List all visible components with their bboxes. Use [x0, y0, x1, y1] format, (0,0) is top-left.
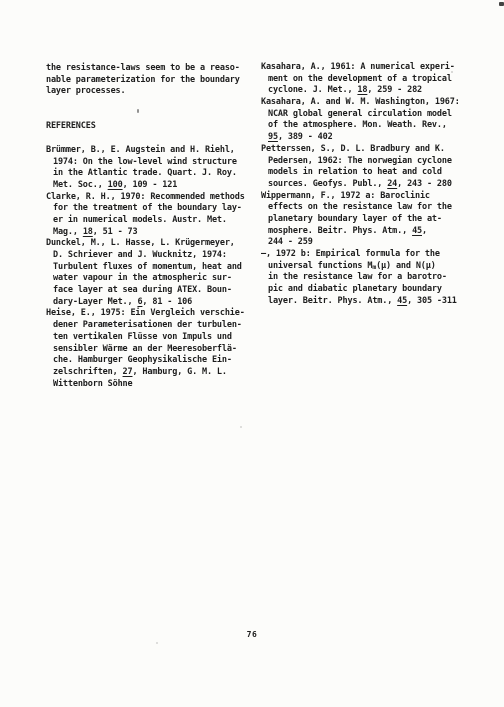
text-line: NCAR global general circulation model	[261, 109, 481, 121]
text-segment: ten vertikalen Flüsse von Impuls und	[53, 332, 232, 342]
text-line: mosphere. Beitr. Phys. Atm., 45,	[261, 226, 481, 238]
text-segment: 244 - 259	[268, 237, 313, 247]
text-segment: mosphere. Beitr. Phys. Atm.,	[268, 226, 412, 236]
text-line: Mag., 18, 51 - 73	[46, 227, 261, 239]
text-segment: —, 1972 b: Empirical formula for the	[261, 249, 440, 259]
text-segment: Heise, E., 1975: Ein Vergleich verschie-	[46, 308, 245, 318]
scan-speck	[156, 642, 158, 644]
text-line: zelschriften, 27, Hamburg, G. M. L.	[46, 367, 261, 379]
text-segment: , 109 - 121	[123, 180, 178, 190]
volume-number: 100	[108, 180, 123, 190]
text-line: dary-Layer Met., 6, 81 - 106	[46, 297, 261, 309]
text-line: Kasahara, A., 1961: A numerical experi-	[261, 62, 481, 74]
text-line: 1974: On the low-level wind structure	[46, 157, 261, 169]
text-line: Met. Soc., 100, 109 - 121	[46, 180, 261, 192]
text-segment: , 81 - 106	[142, 297, 192, 307]
text-line: planetary boundary layer of the at-	[261, 214, 481, 226]
volume-number: 45	[412, 226, 422, 236]
volume-number: 18	[83, 227, 93, 237]
reference-entry: Dunckel, M., L. Hasse, L. Krügermeyer,D.…	[46, 238, 261, 308]
text-segment: Brümmer, B., E. Augstein and H. Riehl,	[46, 145, 235, 155]
text-line: cyclone. J. Met., 18, 259 - 282	[261, 85, 481, 97]
text-line: in the resistance law for a barotro-	[261, 272, 481, 284]
text-segment: layer. Beitr. Phys. Atm.,	[268, 296, 397, 306]
text-line: in the Atlantic trade. Quart. J. Roy.	[46, 168, 261, 180]
text-segment: Wippermann, F., 1972 a: Baroclinic	[261, 191, 430, 201]
reference-entry: Clarke, R. H., 1970: Recommended methods…	[46, 192, 261, 239]
volume-number: 24	[387, 179, 397, 189]
text-line: Kasahara, A. and W. M. Washington, 1967:	[261, 97, 481, 109]
text-segment: dary-Layer Met.,	[53, 297, 137, 307]
text-line: dener Parameterisationen der turbulen-	[46, 320, 261, 332]
text-segment: models in relation to heat and cold	[268, 167, 442, 177]
text-segment: in the resistance law for a barotro-	[268, 272, 447, 282]
text-segment: Turbulent fluxes of momentum, heat and	[53, 262, 242, 272]
text-segment: Dunckel, M., L. Hasse, L. Krügermeyer,	[46, 238, 235, 248]
text-line: er in numerical models. Austr. Met.	[46, 215, 261, 227]
text-segment: Wittenborn Söhne	[53, 379, 132, 389]
text-segment: nable parameterization for the boundary	[46, 75, 240, 85]
references-heading: REFERENCES	[46, 121, 261, 133]
subscript: m	[372, 263, 376, 271]
text-line: 95, 389 - 402	[261, 132, 481, 144]
text-line: for the treatment of the boundary lay-	[46, 203, 261, 215]
text-segment: , Hamburg, G. M. L.	[132, 367, 226, 377]
volume-number: 95	[268, 132, 278, 142]
scan-speck	[499, 2, 504, 6]
text-segment: sources. Geofys. Publ.,	[268, 179, 387, 189]
text-line: Brümmer, B., E. Augstein and H. Riehl,	[46, 145, 261, 157]
text-segment: universal functions M	[268, 261, 372, 271]
text-segment: dener Parameterisationen der turbulen-	[53, 320, 242, 330]
text-line: universal functions Mm(μ) and N(μ)	[261, 261, 481, 273]
reference-list-left: Brümmer, B., E. Augstein and H. Riehl,19…	[46, 145, 261, 390]
text-segment: Kasahara, A. and W. M. Washington, 1967:	[261, 97, 460, 107]
text-segment: ,	[422, 226, 427, 236]
reference-entry: Brümmer, B., E. Augstein and H. Riehl,19…	[46, 145, 261, 192]
text-segment: layer processes.	[46, 86, 125, 96]
text-segment: Petterssen, S., D. L. Bradbury and K.	[261, 144, 445, 154]
reference-entry: Heise, E., 1975: Ein Vergleich verschie-…	[46, 308, 261, 390]
text-segment: D. Schriever and J. Wucknitz, 1974:	[53, 250, 227, 260]
text-segment: pic and diabatic planetary boundary	[268, 284, 442, 294]
text-line: 244 - 259	[261, 237, 481, 249]
text-segment: (μ) and N(μ)	[376, 261, 436, 271]
text-line: —, 1972 b: Empirical formula for the	[261, 249, 481, 261]
text-segment: Mag.,	[53, 227, 83, 237]
scan-speck	[240, 426, 242, 428]
text-line: Pedersen, 1962: The norwegian cyclone	[261, 156, 481, 168]
text-segment: Clarke, R. H., 1970: Recommended methods	[46, 192, 245, 202]
scanned-paper-page: { "colors": { "ink": "#1d1d1d", "paper":…	[0, 0, 504, 707]
volume-number: 45	[397, 296, 407, 306]
text-line: pic and diabatic planetary boundary	[261, 284, 481, 296]
text-segment: cyclone. J. Met.,	[268, 85, 357, 95]
text-segment: in the Atlantic trade. Quart. J. Roy.	[53, 168, 237, 178]
text-line: nable parameterization for the boundary	[46, 75, 261, 87]
text-segment: planetary boundary layer of the at-	[268, 214, 442, 224]
text-segment: NCAR global general circulation model	[268, 109, 452, 119]
text-segment: ment on the development of a tropical	[268, 74, 452, 84]
text-segment: Met. Soc.,	[53, 180, 108, 190]
text-segment: face layer at sea during ATEX. Boun-	[53, 285, 232, 295]
text-line: ten vertikalen Flüsse von Impuls und	[46, 332, 261, 344]
text-segment: , 305 -311	[407, 296, 457, 306]
text-line: Petterssen, S., D. L. Bradbury and K.	[261, 144, 481, 156]
text-line: models in relation to heat and cold	[261, 167, 481, 179]
text-line: D. Schriever and J. Wucknitz, 1974:	[46, 250, 261, 262]
text-segment: , 259 - 282	[367, 85, 422, 95]
text-line: of the atmosphere. Mon. Weath. Rev.,	[261, 120, 481, 132]
text-line: Clarke, R. H., 1970: Recommended methods	[46, 192, 261, 204]
page-number: 76	[0, 630, 504, 639]
text-line: Wippermann, F., 1972 a: Baroclinic	[261, 191, 481, 203]
text-line: che. Hamburger Geophysikalische Ein-	[46, 355, 261, 367]
reference-list-right: Kasahara, A., 1961: A numerical experi-m…	[261, 62, 481, 307]
text-segment: , 389 - 402	[278, 132, 333, 142]
left-column: the resistance-laws seem to be a reaso-n…	[46, 63, 261, 390]
text-line: Wittenborn Söhne	[46, 379, 261, 391]
right-column: Kasahara, A., 1961: A numerical experi-m…	[261, 62, 481, 307]
text-segment: 1974: On the low-level wind structure	[53, 157, 237, 167]
scan-speck	[137, 109, 139, 113]
text-line: effects on the resistance law for the	[261, 202, 481, 214]
reference-entry: Kasahara, A., 1961: A numerical experi-m…	[261, 62, 481, 97]
text-segment: , 51 - 73	[93, 227, 138, 237]
text-line: Heise, E., 1975: Ein Vergleich verschie-	[46, 308, 261, 320]
text-segment: er in numerical models. Austr. Met.	[53, 215, 227, 225]
text-line: water vapour in the atmospheric sur-	[46, 273, 261, 285]
volume-number: 18	[357, 85, 367, 95]
text-segment: for the treatment of the boundary lay-	[53, 203, 242, 213]
reference-entry: Kasahara, A. and W. M. Washington, 1967:…	[261, 97, 481, 144]
text-segment: water vapour in the atmospheric sur-	[53, 273, 232, 283]
text-segment: Pedersen, 1962: The norwegian cyclone	[268, 156, 452, 166]
text-line: sensibler Wärme an der Meeresoberflä-	[46, 344, 261, 356]
intro-paragraph: the resistance-laws seem to be a reaso-n…	[46, 63, 261, 98]
text-segment: , 243 - 280	[397, 179, 452, 189]
text-line: Turbulent fluxes of momentum, heat and	[46, 262, 261, 274]
text-line: ment on the development of a tropical	[261, 74, 481, 86]
reference-entry: —, 1972 b: Empirical formula for theuniv…	[261, 249, 481, 307]
text-segment: of the atmosphere. Mon. Weath. Rev.,	[268, 120, 447, 130]
text-segment: zelschriften,	[53, 367, 123, 377]
text-segment: Kasahara, A., 1961: A numerical experi-	[261, 62, 455, 72]
text-segment: the resistance-laws seem to be a reaso-	[46, 63, 240, 73]
text-line: face layer at sea during ATEX. Boun-	[46, 285, 261, 297]
text-line: Dunckel, M., L. Hasse, L. Krügermeyer,	[46, 238, 261, 250]
text-line: sources. Geofys. Publ., 24, 243 - 280	[261, 179, 481, 191]
reference-entry: Petterssen, S., D. L. Bradbury and K.Ped…	[261, 144, 481, 191]
volume-number: 27	[123, 367, 133, 377]
reference-entry: Wippermann, F., 1972 a: Barocliniceffect…	[261, 191, 481, 249]
text-segment: che. Hamburger Geophysikalische Ein-	[53, 355, 232, 365]
text-line: the resistance-laws seem to be a reaso-	[46, 63, 261, 75]
text-line: layer. Beitr. Phys. Atm., 45, 305 -311	[261, 296, 481, 308]
text-segment: sensibler Wärme an der Meeresoberflä-	[53, 344, 237, 354]
text-line: layer processes.	[46, 86, 261, 98]
text-segment: effects on the resistance law for the	[268, 202, 452, 212]
scan-speck	[451, 71, 453, 73]
